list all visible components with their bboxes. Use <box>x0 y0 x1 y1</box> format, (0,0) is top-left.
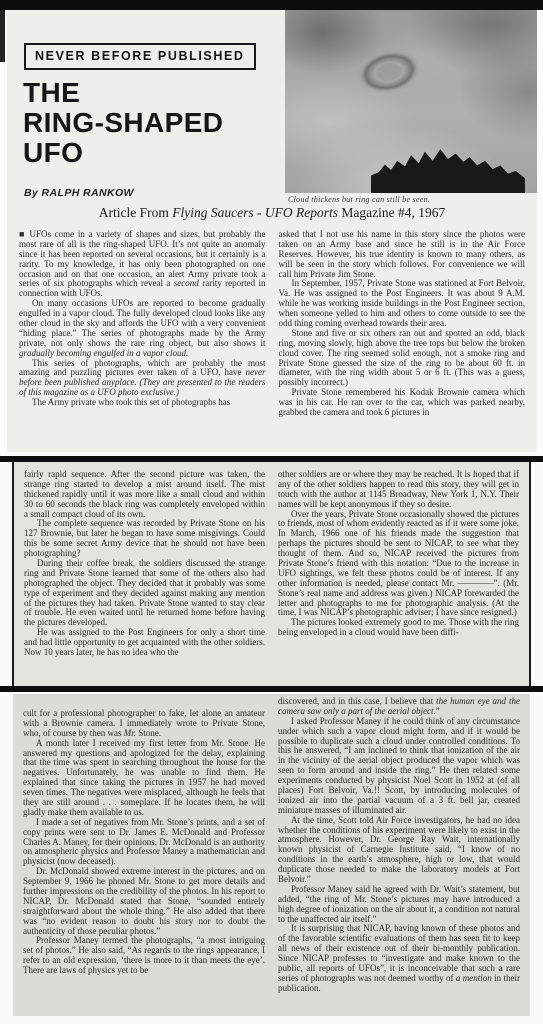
scan-divider-line-2 <box>0 686 543 692</box>
bottom-column-right: discovered, and in this case, I believe … <box>278 694 520 994</box>
paragraph: A month later I received my first letter… <box>23 739 265 818</box>
text-run: other soldiers are or where they may be … <box>278 469 519 509</box>
text-run: asked that I not use his name in this st… <box>279 229 526 279</box>
text-run: Over the years, Private Stone occasional… <box>278 509 519 618</box>
banner-label: NEVER BEFORE PUBLISHED <box>35 49 245 63</box>
bottom-columns: cult for a professional photographer to … <box>13 694 530 994</box>
source-prefix: Article From <box>99 205 173 220</box>
text-run: He was assigned to the Post Engineers fo… <box>24 627 265 657</box>
treeline-silhouette <box>371 147 525 193</box>
text-run: Professor Maney termed the photographs, … <box>23 935 265 975</box>
paragraph: fairly rapid sequence. After the second … <box>24 470 265 519</box>
byline: By RALPH RANKOW <box>24 187 134 199</box>
middle-columns: fairly rapid sequence. After the second … <box>14 462 529 658</box>
italic-text-run: second <box>174 278 199 288</box>
text-run: Private Stone remembered his Kodak Brown… <box>279 387 526 417</box>
article-source-line: Article From Flying Saucers - UFO Report… <box>7 205 537 221</box>
paragraph: other soldiers are or where they may be … <box>278 470 519 510</box>
paragraph: He was assigned to the Post Engineers fo… <box>24 628 265 658</box>
paragraph: Stone and five or six others ran out and… <box>279 329 526 388</box>
text-run: fairly rapid sequence. After the second … <box>24 469 265 519</box>
ufo-ring-cloud-photo <box>285 10 537 193</box>
italic-text-run: Mr. <box>124 728 136 738</box>
article-header-section: NEVER BEFORE PUBLISHED THE RING-SHAPED U… <box>7 10 537 452</box>
text-run: The pictures looked extremely good to me… <box>278 617 519 637</box>
text-run: A month later I received my first letter… <box>23 738 265 817</box>
scan-left-edge <box>0 10 5 62</box>
paragraph: Dr. McDonald showed extreme interest in … <box>23 867 265 936</box>
text-run: I asked Professor Maney if he could thin… <box>278 716 520 815</box>
paragraph: Professor Maney said he agreed with Dr. … <box>278 885 520 925</box>
paragraph: The pictures looked extremely good to me… <box>278 618 519 638</box>
paragraph: Private Stone remembered his Kodak Brown… <box>279 388 526 418</box>
top-column-left: ■ UFOs come in a variety of shapes and s… <box>19 230 266 418</box>
text-run: Stone and five or six others ran out and… <box>279 328 526 387</box>
paragraph: The Army private who took this set of ph… <box>19 398 266 408</box>
paragraph: cult for a professional photographer to … <box>23 709 265 739</box>
paragraph: The complete sequence was recorded by Pr… <box>24 519 265 559</box>
paragraph: This series of photographs, which are pr… <box>19 359 266 399</box>
title-line-1: THE <box>23 78 223 108</box>
text-run: The complete sequence was recorded by Pr… <box>24 518 265 558</box>
top-columns: ■ UFOs come in a variety of shapes and s… <box>7 230 537 418</box>
article-bottom-section: cult for a professional photographer to … <box>13 694 530 1016</box>
paragraph: In September, 1957, Private Stone was st… <box>279 279 526 328</box>
photo-caption: Cloud thickens but ring can still be see… <box>288 195 430 204</box>
text-run: Stone. <box>136 728 161 738</box>
title-line-2: RING-SHAPED <box>23 108 223 138</box>
paragraph: ■ UFOs come in a variety of shapes and s… <box>19 230 266 299</box>
article-title: THE RING-SHAPED UFO <box>23 78 223 169</box>
paragraph: At the time, Scott told Air Force invest… <box>278 816 520 885</box>
paragraph: I asked Professor Maney if he could thin… <box>278 717 520 816</box>
title-line-3: UFO <box>23 138 223 168</box>
italic-text-run: gradually becoming engulfed in a vapor c… <box>19 348 188 358</box>
middle-column-right: other soldiers are or where they may be … <box>278 470 519 658</box>
text-run: Professor Maney said he agreed with Dr. … <box>278 884 520 924</box>
text-run: This series of photographs, which are pr… <box>19 358 266 378</box>
text-run: On many occasions UFOs are reported to b… <box>19 298 266 348</box>
article-middle-section: fairly rapid sequence. After the second … <box>12 462 531 686</box>
source-magazine-title: Flying Saucers - UFO Reports <box>172 205 338 220</box>
text-run: ” <box>436 706 440 716</box>
ring-cloud-shape <box>347 40 432 105</box>
paragraph: I made a set of negatives from Mr. Stone… <box>23 818 265 867</box>
italic-text-run: a mention <box>456 973 492 983</box>
text-run: Dr. McDonald showed extreme interest in … <box>23 866 265 935</box>
source-suffix: Magazine #4, 1967 <box>338 205 445 220</box>
middle-column-left: fairly rapid sequence. After the second … <box>24 470 265 658</box>
bottom-column-left: cult for a professional photographer to … <box>23 694 265 994</box>
paragraph: On many occasions UFOs are reported to b… <box>19 299 266 358</box>
paragraph: discovered, and in this case, I believe … <box>278 697 520 717</box>
text-run: I made a set of negatives from Mr. Stone… <box>23 817 265 867</box>
magazine-article-scan: { "colors": { "scan_bar": "#0c0c0c", "bl… <box>0 0 543 1024</box>
top-column-right: asked that I not use his name in this st… <box>279 230 526 418</box>
paragraph: It is surprising that NICAP, having know… <box>278 924 520 993</box>
text-run: At the time, Scott told Air Force invest… <box>278 815 520 884</box>
text-run: In September, 1957, Private Stone was st… <box>279 278 526 328</box>
paragraph: During their coffee break, the soldiers … <box>24 559 265 628</box>
text-run: During their coffee break, the soldiers … <box>24 558 265 627</box>
scan-top-bar <box>0 0 543 10</box>
paragraph: Over the years, Private Stone occasional… <box>278 510 519 619</box>
never-before-published-banner: NEVER BEFORE PUBLISHED <box>24 43 256 70</box>
paragraph: asked that I not use his name in this st… <box>279 230 526 279</box>
paragraph: Professor Maney termed the photographs, … <box>23 936 265 976</box>
text-run: The Army private who took this set of ph… <box>32 397 230 407</box>
text-run: discovered, and in this case, I believe … <box>278 696 436 706</box>
